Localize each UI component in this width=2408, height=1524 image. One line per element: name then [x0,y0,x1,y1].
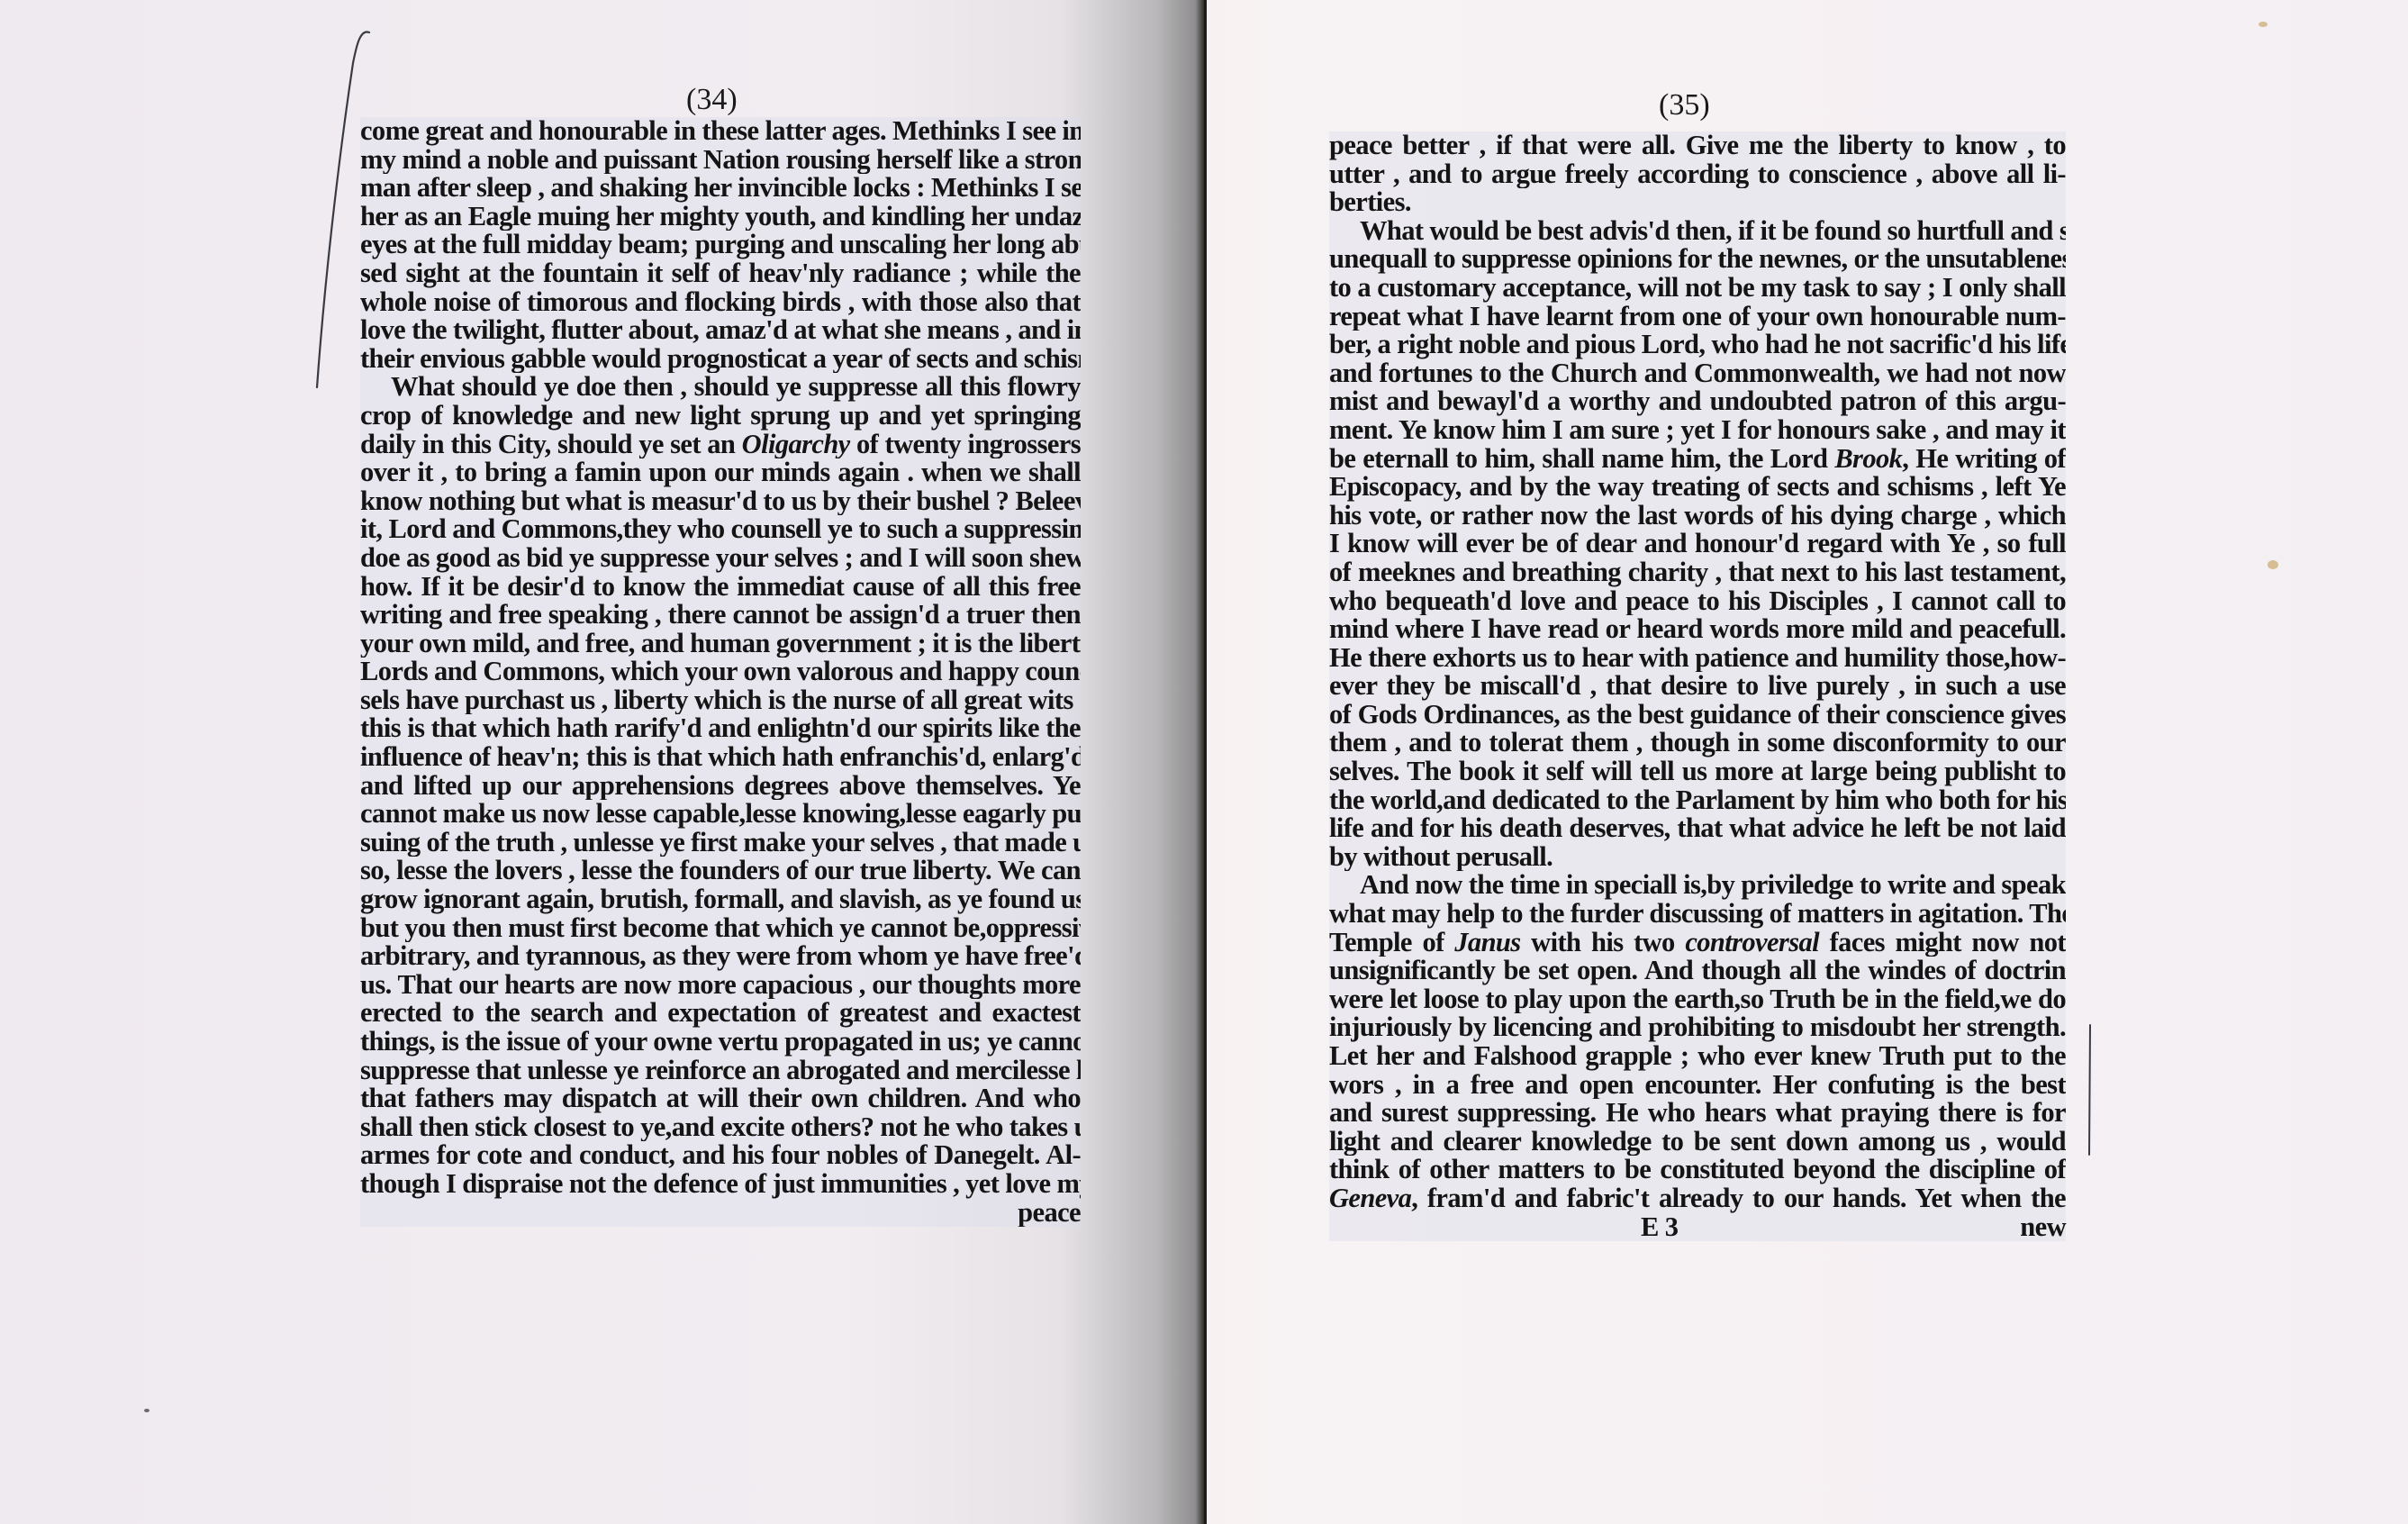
text-line: Temple of Janus with his two controversa… [1329,929,2066,957]
page-footer: E 3 new [1329,1213,2066,1242]
text-line: shall then stick closest to ye,and excit… [360,1113,1081,1142]
right-page-text: peace better , if that were all. Give me… [1329,132,2066,1241]
text-line: them , and to tolerat them , though in s… [1329,729,2066,757]
text-line: daily in this City, should ye set an Oli… [360,431,1081,459]
text-line: writing and free speaking , there cannot… [360,601,1081,630]
text-line: life and for his death deserves, that wh… [1329,814,2066,843]
text-line: influence of heav'n; this is that which … [360,743,1081,772]
text-line: peace better , if that were all. Give me… [1329,132,2066,160]
text-line: wors , in a free and open encounter. Her… [1329,1071,2066,1100]
text-line: ment. Ye know him I am sure ; yet I for … [1329,416,2066,445]
text-line: of Gods Ordinances, as the best guidance… [1329,701,2066,730]
text-line: Let her and Falshood grapple ; who ever … [1329,1042,2066,1071]
text-line: grow ignorant again, brutish, formall, a… [360,885,1081,914]
text-line: that fathers may dispatch at will their … [360,1084,1081,1113]
text-line: us. That our hearts are now more capacio… [360,971,1081,1000]
text-line: armes for cote and conduct, and his four… [360,1141,1081,1170]
italic-word: Geneva [1329,1184,1411,1213]
text-line: erected to the search and expectation of… [360,999,1081,1028]
text-line: her as an Eagle muing her mighty youth, … [360,203,1081,231]
book-spread: (34) come great and honourable in these … [0,0,2408,1524]
text-line: be eternall to him, shall name him, the … [1329,445,2066,474]
text-line: arbitrary, and tyrannous, as they were f… [360,942,1081,971]
text-line: Geneva, fram'd and fabric't already to o… [1329,1184,2066,1213]
text-line: of meeknes and breathing charity , that … [1329,558,2066,587]
text-line: know nothing but what is measur'd to us … [360,487,1081,516]
text-line: this is that which hath rarify'd and enl… [360,714,1081,743]
text-line: doe as good as bid ye suppresse your sel… [360,544,1081,573]
text-line: whole noise of timorous and flocking bir… [360,288,1081,317]
text-line: so, lesse the lovers , lesse the founder… [360,857,1081,885]
paragraph-start-line: And now the time in speciall is,by privi… [1329,871,2066,900]
italic-word: controversal [1685,929,1819,957]
text-line: it, Lord and Commons,they who counsell y… [360,515,1081,544]
text-line: Episcopacy, and by the way treating of s… [1329,473,2066,502]
text-line: think of other matters to be constituted… [1329,1156,2066,1184]
text-line: what may help to the furder discussing o… [1329,900,2066,929]
text-line: come great and honourable in these latte… [360,117,1081,146]
text-line: Lords and Commons, which your own valoro… [360,658,1081,686]
foxing-spot [2268,560,2278,569]
text-line: and fortunes to the Church and Commonwea… [1329,359,2066,388]
text-line: injuriously by licencing and prohibiting… [1329,1013,2066,1042]
catchword: new [2020,1213,2066,1242]
text-line: to a customary acceptance, will not be m… [1329,274,2066,303]
text-line: utter , and to argue freely according to… [1329,160,2066,189]
italic-word: Brook [1834,445,1902,474]
page-number: (34) [686,83,738,117]
catchword: peace [360,1199,1081,1228]
text-line: over it , to bring a famin upon our mind… [360,458,1081,487]
text-line: unequall to suppresse opinions for the n… [1329,245,2066,274]
text-line: selves. The book it self will tell us mo… [1329,757,2066,786]
signature-mark: E 3 [1329,1213,1678,1242]
left-page-text: come great and honourable in these latte… [360,117,1081,1227]
text-line: and surest suppressing. He who hears wha… [1329,1099,2066,1128]
text-line: the world,and dedicated to the Parlament… [1329,786,2066,815]
text-line: my mind a noble and puissant Nation rous… [360,146,1081,175]
text-line: ber, a right noble and pious Lord, who h… [1329,331,2066,359]
text-line: but you then must first become that whic… [360,914,1081,943]
text-line: mist and bewayl'd a worthy and undoubted… [1329,387,2066,416]
text-line: love the twilight, flutter about, amaz'd… [360,316,1081,345]
text-line: ever they be miscall'd , that desire to … [1329,672,2066,701]
text-line: cannot make us now lesse capable,lesse k… [360,800,1081,829]
text-line: crop of knowledge and new light sprung u… [360,402,1081,431]
foxing-spot [2259,22,2268,27]
page-number: (35) [1659,88,1710,122]
text-line: mind where I have read or heard words mo… [1329,615,2066,644]
right-page: (35) peace better , if that were all. Gi… [1207,0,2408,1524]
margin-line-mark [2086,1023,2095,1158]
text-line: who bequeath'd love and peace to his Dis… [1329,587,2066,616]
text-line: your own mild, and free, and human gover… [360,630,1081,658]
text-line: light and clearer knowledge to be sent d… [1329,1128,2066,1157]
text-line: man after sleep , and shaking her invinc… [360,174,1081,203]
text-line: suppresse that unlesse ye reinforce an a… [360,1057,1081,1085]
italic-word: Janus [1454,929,1520,957]
paragraph-start-line: What would be best advis'd then, if it b… [1329,217,2066,246]
ink-speck [144,1409,149,1412]
paragraph-start-line: What should ye doe then , should ye supp… [360,373,1081,402]
text-line: sels have purchast us , liberty which is… [360,686,1081,715]
left-page: (34) come great and honourable in these … [0,0,1205,1524]
text-line: eyes at the full midday beam; purging an… [360,231,1081,259]
text-line: suing of the truth , unlesse ye first ma… [360,829,1081,857]
text-line: their envious gabble would prognosticat … [360,345,1081,374]
italic-word: Oligarchy [742,431,850,459]
text-line: and lifted up our apprehensions degrees … [360,772,1081,801]
text-line: though I dispraise not the defence of ju… [360,1170,1081,1199]
text-line: unsignificantly be set open. And though … [1329,957,2066,985]
text-line: sed sight at the fountain it self of hea… [360,259,1081,288]
text-line: how. If it be desir'd to know the immedi… [360,573,1081,602]
text-line: He there exhorts us to hear with patienc… [1329,644,2066,673]
text-line: I know will ever be of dear and honour'd… [1329,530,2066,558]
text-line: his vote, or rather now the last words o… [1329,502,2066,531]
text-line: repeat what I have learnt from one of yo… [1329,303,2066,331]
text-line: berties. [1329,188,2066,217]
text-line: by without perusall. [1329,843,2066,872]
text-line: things, is the issue of your owne vertu … [360,1028,1081,1057]
text-line: were let loose to play upon the earth,so… [1329,985,2066,1014]
